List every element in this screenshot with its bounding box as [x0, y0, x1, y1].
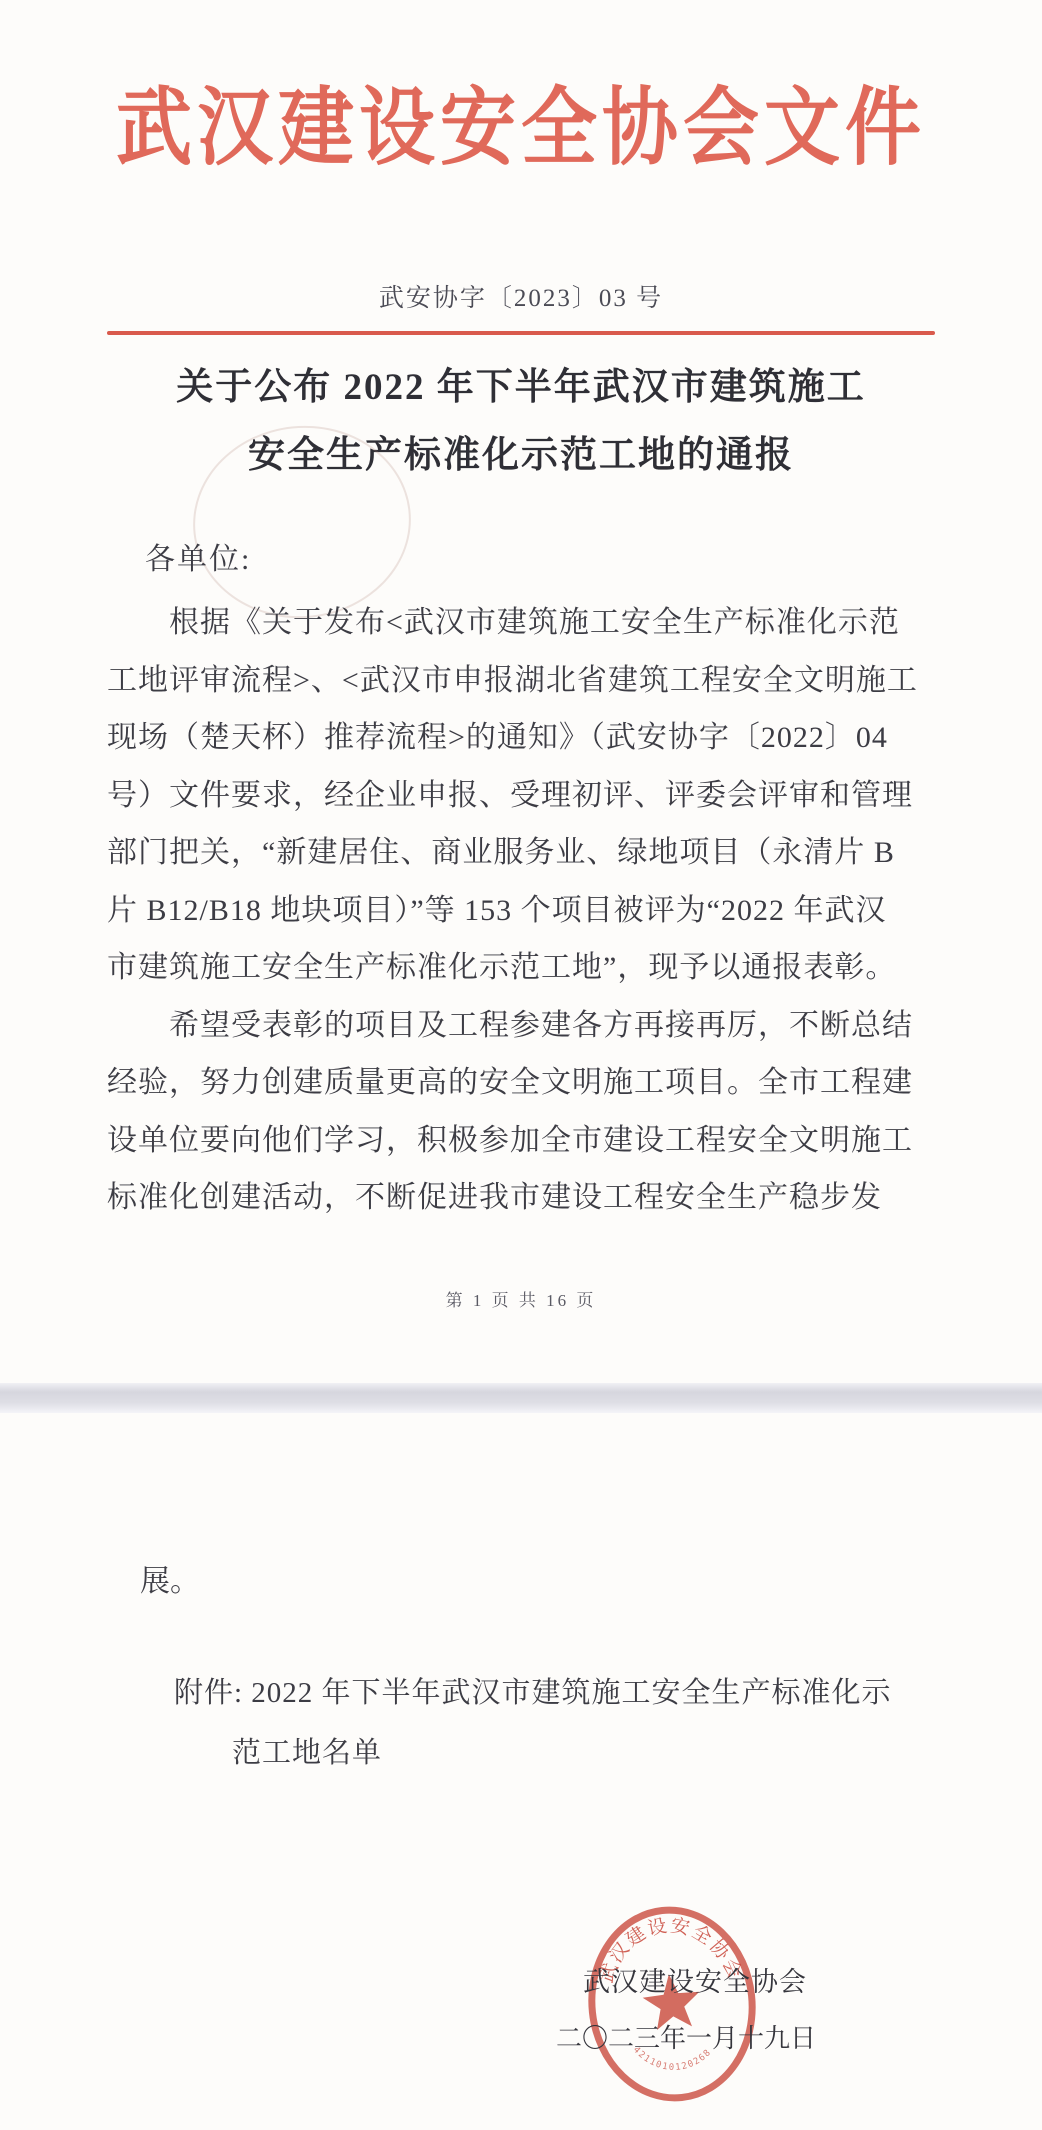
body-line: 号）文件要求，经企业申报、受理初评、评委会评审和管理: [107, 767, 943, 825]
continuation-text: 展。: [140, 1556, 200, 1600]
official-red-seal: 武汉建设安全协会 4211010120268: [574, 1893, 770, 2114]
body-line: 经验，努力创建质量更高的安全文明施工项目。全市工程建: [107, 1054, 943, 1112]
body-line: 片 B12/B18 地块项目）”等 153 个项目被评为“2022 年武汉: [107, 882, 943, 940]
page-break-divider: [0, 1383, 1042, 1413]
document-number: 武安协字〔2023〕03 号: [0, 278, 1042, 314]
page-number-footer: 第 1 页 共 16 页: [0, 1286, 1042, 1311]
salutation: 各单位:: [145, 534, 251, 578]
document-title-line2: 安全生产标准化示范工地的通报: [0, 424, 1042, 478]
body-line: 根据《关于发布<武汉市建筑施工安全生产标准化示范: [107, 594, 943, 652]
body-line: 工地评审流程>、<武汉市申报湖北省建筑工程安全文明施工: [107, 652, 943, 710]
attachment-line1: 附件: 2022 年下半年武汉市建筑施工安全生产标准化示: [174, 1670, 892, 1711]
letterhead-divider-rule: [107, 331, 935, 335]
issue-date: 二〇二三年一月十九日: [556, 2018, 816, 2055]
letterhead-title: 武汉建设安全协会文件: [0, 59, 1042, 181]
scanned-document: 武汉建设安全协会文件 武安协字〔2023〕03 号 关于公布 2022 年下半年…: [0, 0, 1042, 2130]
body-line: 希望受表彰的项目及工程参建各方再接再厉，不断总结: [107, 997, 943, 1055]
body-line: 现场（楚天杯）推荐流程>的通知》（武安协字〔2022〕04: [107, 709, 943, 767]
body-line: 部门把关，“新建居住、商业服务业、绿地项目（永清片 B: [107, 824, 943, 882]
body-text: 根据《关于发布<武汉市建筑施工安全生产标准化示范 工地评审流程>、<武汉市申报湖…: [107, 594, 943, 1227]
body-line: 设单位要向他们学习，积极参加全市建设工程安全文明施工: [107, 1112, 943, 1170]
body-line: 市建筑施工安全生产标准化示范工地”，现予以通报表彰。: [107, 939, 943, 997]
document-title-line1: 关于公布 2022 年下半年武汉市建筑施工: [0, 356, 1042, 410]
body-line: 标准化创建活动，不断促进我市建设工程安全生产稳步发: [107, 1169, 943, 1227]
issuing-organization-signature: 武汉建设安全协会: [583, 1960, 807, 1999]
attachment-line2: 范工地名单: [232, 1730, 382, 1771]
